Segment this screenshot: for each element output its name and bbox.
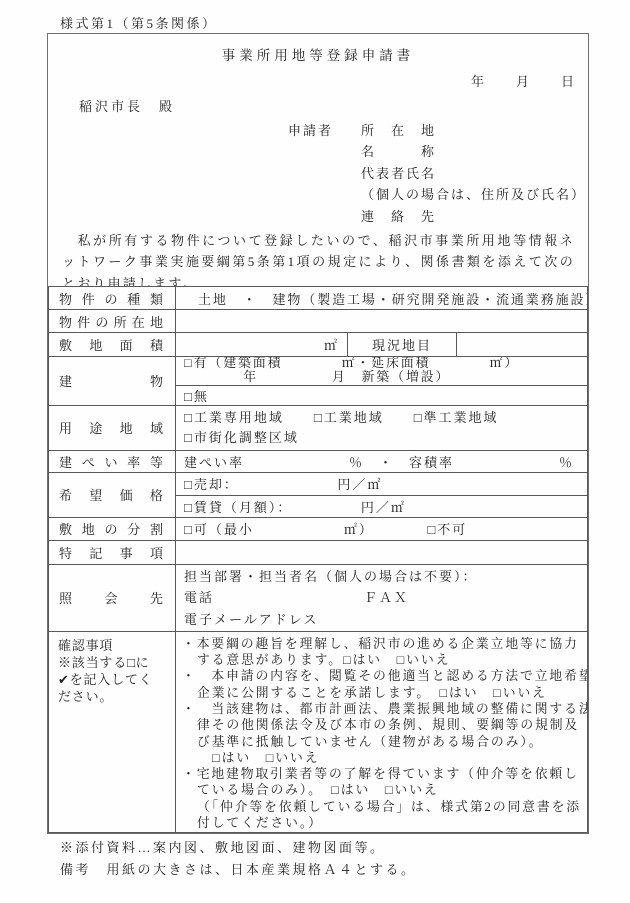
document-page: 様式第1（第5条関係） 事業所用地等登録申請書 年 月 日 稲沢市長 殿 申請者… (0, 0, 630, 903)
building-no-cell: □無 (176, 385, 588, 405)
contact-cell: 担当部署・担当者名（個人の場合は不要）： 電話ＦＡＸ 電子メールアドレス (176, 564, 588, 631)
applicant-row: 名 称 (288, 141, 588, 162)
site-division-label: 敷地の分割 (49, 517, 176, 540)
applicant-individual-note: （個人の場合は、住所及び氏名） (361, 187, 586, 202)
attachments-note: ※添付資料…案内図、敷地図面、建物図面等。 (60, 837, 386, 856)
applicant-representative-label: 代表者氏名 (361, 166, 436, 181)
zoning-options-line1: □工業専用地域 □工業地域 □準工業地域 (184, 408, 587, 428)
site-area-unit: ㎡ (176, 333, 348, 357)
current-land-category-label: 現況地目 (348, 333, 457, 357)
confirmation-item-line: び基準に抵触していません（建物がある場合のみ）。 (182, 734, 581, 750)
row-zoning: 用途地域 □工業専用地域 □工業地域 □準工業地域 □市街化調整区域 (49, 405, 588, 450)
property-kind-value: 土地 ・ 建物（製造工場・研究開発施設・流通業務施設） (176, 287, 588, 310)
paper-size-note: 備考 用紙の大きさは、日本産業規格Ａ４とする。 (60, 859, 417, 878)
building-yes-cell: □有（建築面積 ㎡・延床面積 ㎡） 年 月 新築（増設） (176, 357, 588, 386)
preamble-paragraph: 私が所有する物件について登録したいので、稲沢市事業所用地等情報ネットワーク事業実… (62, 230, 575, 286)
confirmation-item-line: （「仲介等を依頼している場合」は、様式第2の同意書を添 (182, 799, 581, 815)
zoning-label: 用途地域 (49, 405, 176, 450)
current-land-category-value (457, 333, 588, 357)
confirmation-item-line: 付してください。） (182, 815, 581, 831)
confirmation-label-line: ※該当する□に (58, 654, 171, 671)
confirmation-item-line: 企業に公開することを承諾します。 □はい □いいえ (182, 685, 581, 701)
confirmation-label-line: ✔を記入してく (58, 671, 171, 688)
addressee: 稲沢市長 殿 (79, 96, 588, 115)
confirmation-item-line: 律その他関係法令及び本市の条例、規則、要綱等の規制及 (182, 717, 581, 733)
property-location-label: 物件の所在地 (49, 310, 176, 333)
applicant-row: 代表者氏名 (288, 163, 588, 184)
applicant-address-label: 所 在 地 (361, 123, 436, 138)
confirmation-item-line: ・本要綱の趣旨を理解し、稲沢市の進める企業立地等に協力 (182, 636, 581, 652)
special-notes-value (176, 540, 588, 564)
row-special-notes: 特記事項 (49, 540, 588, 564)
building-yes-line2: 年 月 新築（増設） (184, 371, 587, 385)
applicant-name-label: 名 称 (361, 144, 436, 159)
price-sell-cell: □売却： 円／㎡ (176, 472, 588, 495)
confirmation-item-line: ・宅地建物取引業者等の了解を得ています（仲介等を依頼し (182, 766, 581, 782)
applicant-block: 申請者所 在 地 名 称 代表者氏名 （個人の場合は、住所及び氏名） 連 絡 先 (288, 120, 588, 227)
applicant-label: 申請者 (288, 120, 361, 141)
contact-email-line: 電子メールアドレス (184, 609, 587, 630)
date-line: 年 月 日 (48, 71, 588, 90)
confirmation-label-line: 確認事項 (58, 637, 171, 654)
row-contact: 照会先 担当部署・担当者名（個人の場合は不要）： 電話ＦＡＸ 電子メールアドレス (49, 564, 588, 631)
site-division-value: □可（最小 ㎡） □不可 (176, 517, 588, 540)
row-price-sell: 希望価格 □売却： 円／㎡ (49, 472, 588, 495)
row-confirmation: 確認事項 ※該当する□に ✔を記入してく ださい。 ・本要綱の趣旨を理解し、稲沢… (49, 631, 588, 832)
confirmation-item-line: する意思があります。□はい □いいえ (182, 652, 581, 668)
application-table: 物件の種類 土地 ・ 建物（製造工場・研究開発施設・流通業務施設） 物件の所在地… (48, 286, 588, 833)
price-rent-cell: □賃貸（月額）： 円／㎡ (176, 495, 588, 517)
coverage-ratio-label: 建ぺい率等 (49, 450, 176, 472)
contact-department-line: 担当部署・担当者名（個人の場合は不要）： (184, 566, 587, 587)
zoning-cell: □工業専用地域 □工業地域 □準工業地域 □市街化調整区域 (176, 405, 588, 450)
contact-fax-label: ＦＡＸ (364, 590, 409, 605)
form-box: 事業所用地等登録申請書 年 月 日 稲沢市長 殿 申請者所 在 地 名 称 代表… (47, 33, 589, 834)
confirmation-item-line: ・ 本申請の内容を、閲覧その他適当と認める方法で立地希望 (182, 668, 581, 684)
confirmation-item-line: □はい □いいえ (182, 750, 581, 766)
contact-phone-fax-line: 電話ＦＡＸ (184, 587, 587, 608)
property-location-value (176, 310, 588, 333)
applicant-row: 連 絡 先 (288, 206, 588, 227)
applicant-contact-label: 連 絡 先 (361, 209, 436, 224)
coverage-ratio-value: 建ぺい率 ％ ・ 容積率 ％ (176, 450, 588, 472)
form-id: 様式第1（第5条関係） (60, 13, 218, 32)
row-property-location: 物件の所在地 (49, 310, 588, 333)
confirmation-label-line: ださい。 (58, 688, 171, 705)
applicant-row: （個人の場合は、住所及び氏名） (288, 184, 588, 205)
row-coverage-ratio: 建ぺい率等 建ぺい率 ％ ・ 容積率 ％ (49, 450, 588, 472)
page-title: 事業所用地等登録申請書 (48, 44, 588, 64)
property-kind-label: 物件の種類 (49, 287, 176, 310)
row-building-yes: 建物 □有（建築面積 ㎡・延床面積 ㎡） 年 月 新築（増設） (49, 357, 588, 386)
row-site-division: 敷地の分割 □可（最小 ㎡） □不可 (49, 517, 588, 540)
confirmation-item-line: ・ 当該建物は、都市計画法、農業振興地域の整備に関する法 (182, 701, 581, 717)
building-yes-line1: □有（建築面積 ㎡・延床面積 ㎡） (184, 357, 587, 371)
confirmation-item-line: ている場合のみ）。 □はい □いいえ (182, 782, 581, 798)
row-site-area: 敷地面積 ㎡ 現況地目 (49, 333, 588, 357)
confirmation-label-cell: 確認事項 ※該当する□に ✔を記入してく ださい。 (49, 631, 176, 832)
zoning-options-line2: □市街化調整区域 (184, 428, 587, 448)
building-label: 建物 (49, 357, 176, 406)
special-notes-label: 特記事項 (49, 540, 176, 564)
form-header: 事業所用地等登録申請書 年 月 日 稲沢市長 殿 申請者所 在 地 名 称 代表… (48, 34, 588, 286)
applicant-row: 申請者所 在 地 (288, 120, 588, 141)
desired-price-label: 希望価格 (49, 472, 176, 517)
contact-phone-label: 電話 (184, 587, 364, 608)
confirmation-items-cell: ・本要綱の趣旨を理解し、稲沢市の進める企業立地等に協力 する意思があります。□は… (176, 631, 588, 832)
contact-label: 照会先 (49, 564, 176, 631)
site-area-label: 敷地面積 (49, 333, 176, 357)
row-property-kind: 物件の種類 土地 ・ 建物（製造工場・研究開発施設・流通業務施設） (49, 287, 588, 310)
